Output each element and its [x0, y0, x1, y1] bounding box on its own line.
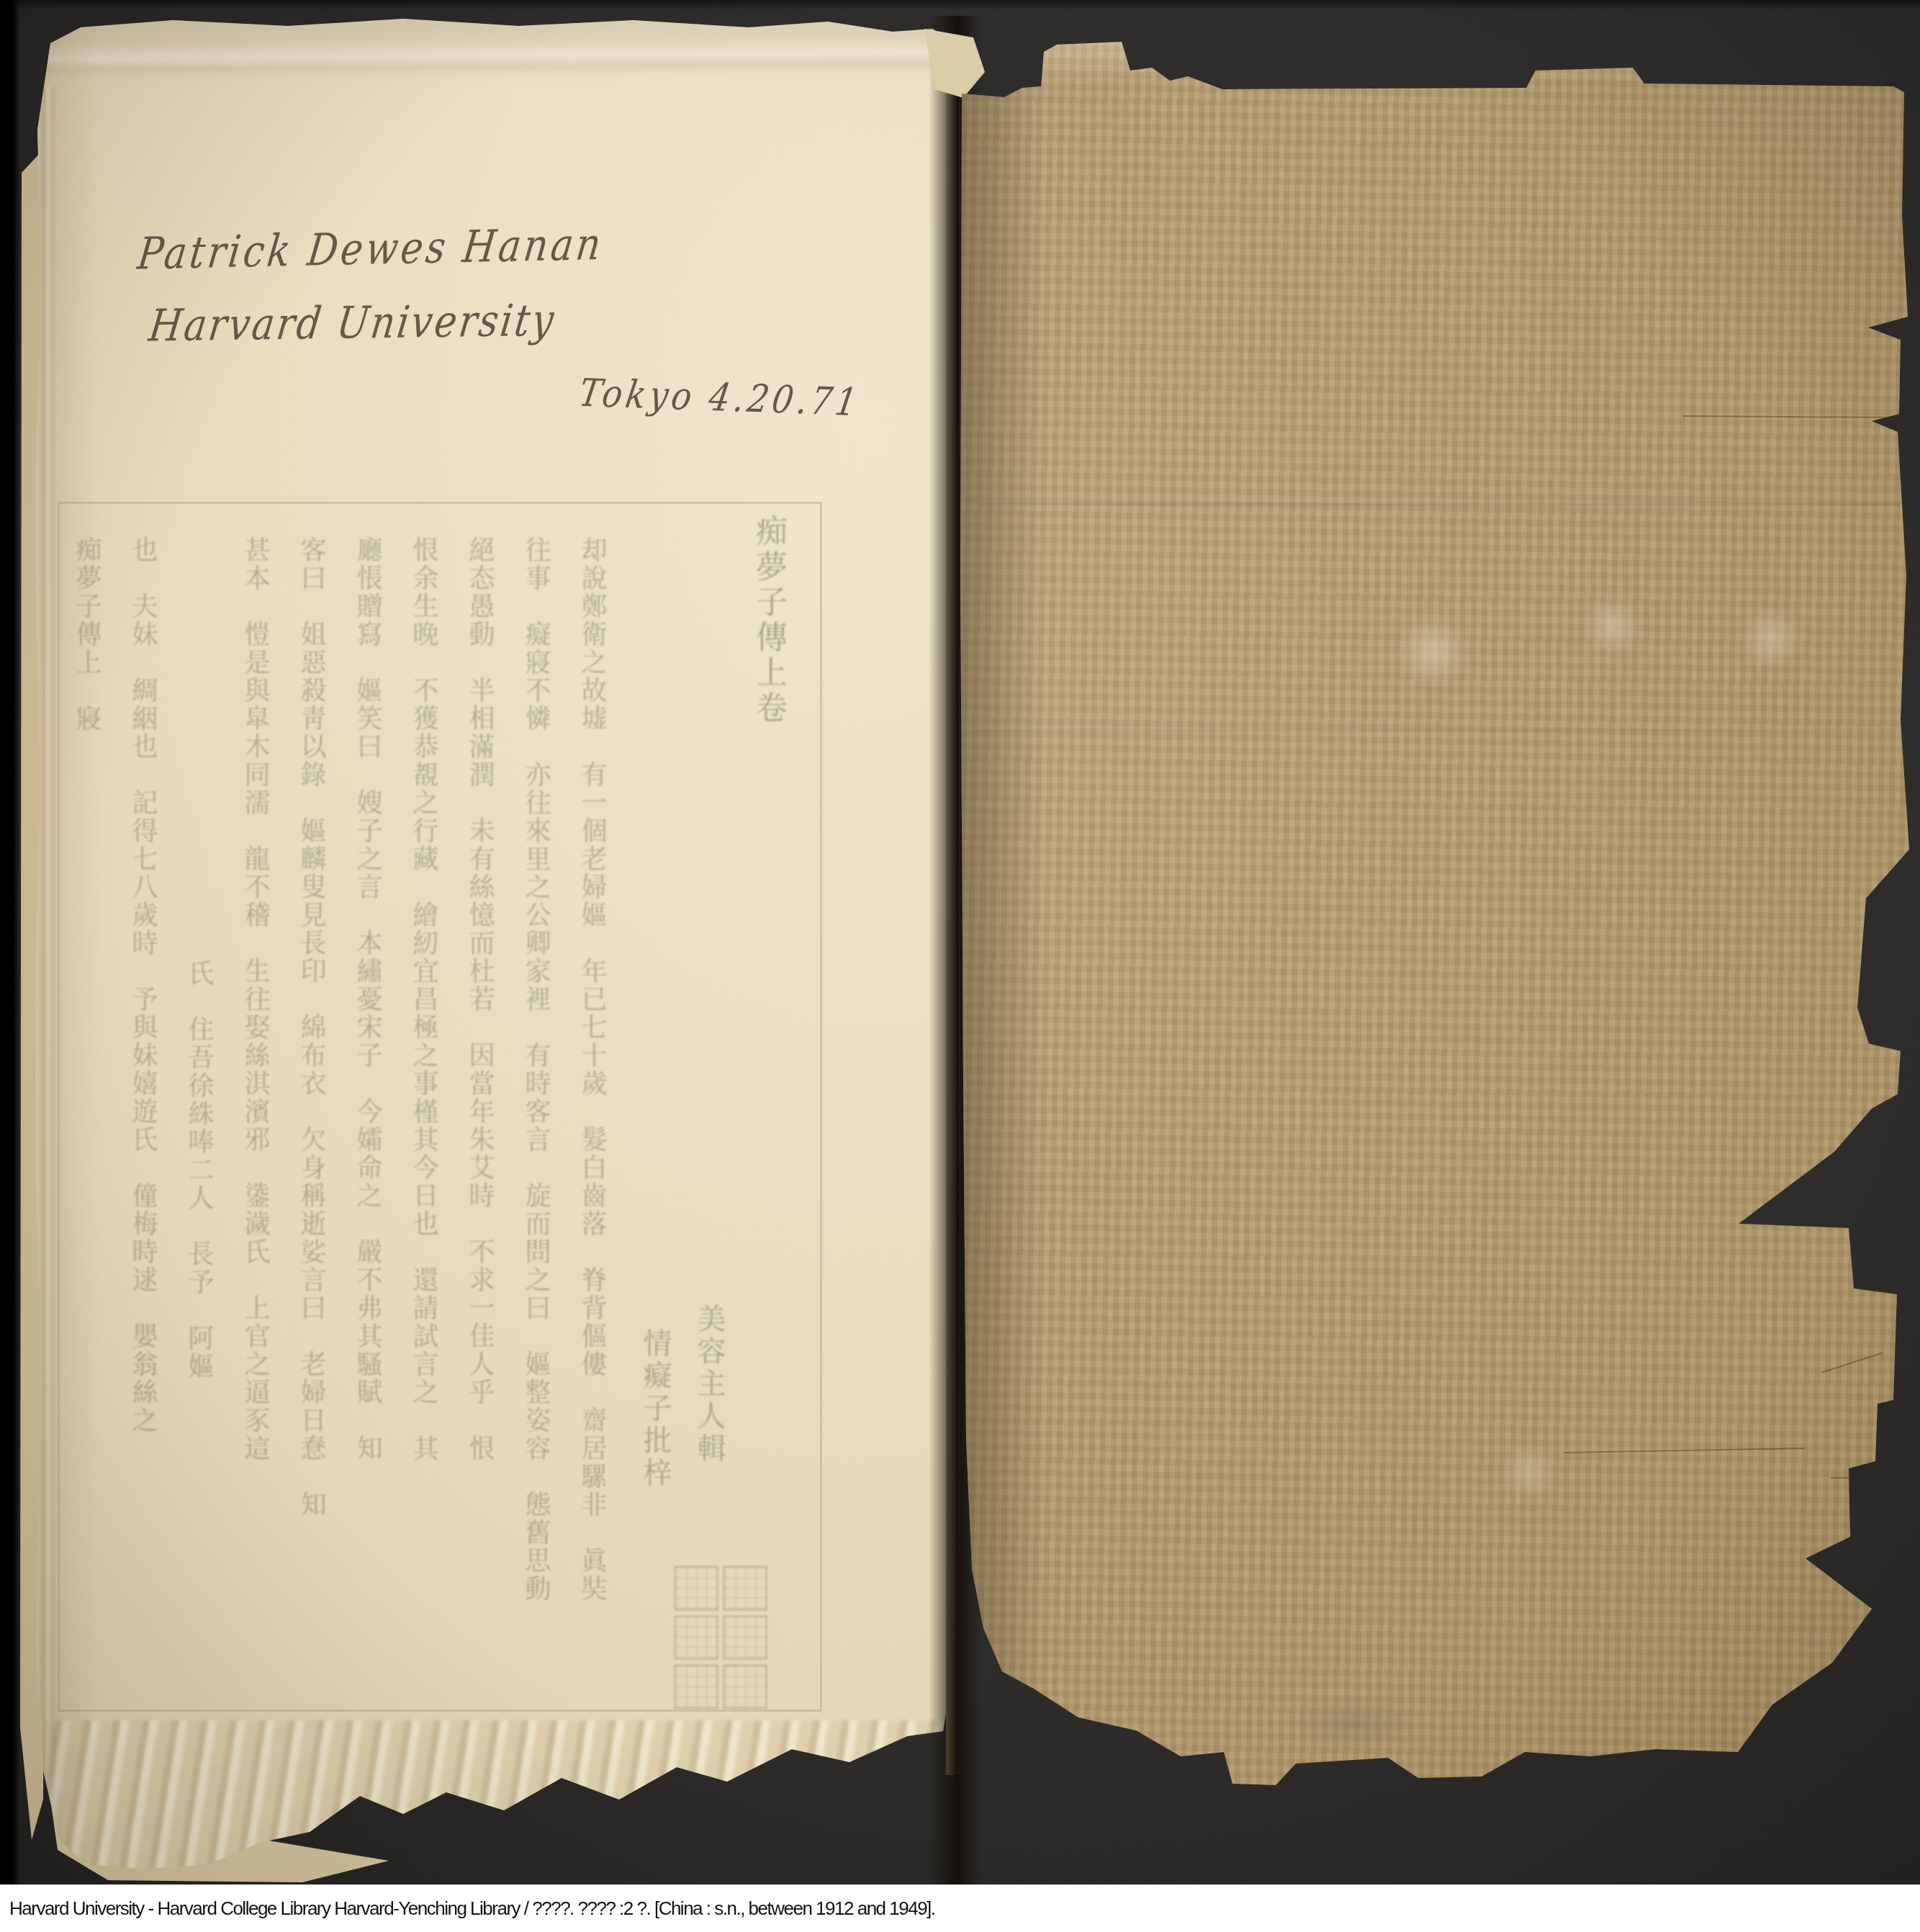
printed-text-frame: 痴夢子傳上卷 却說鄭衛之故墟 有一個老婦嫗 年已七十歲 髮白齒落 脊背傴僂 齋居…: [58, 502, 822, 1712]
printed-text-column: 也 夫妹 綢絪也 記得七八歲時 予與妹嬉遊氏 僮梅時逑 嬰翁絲之: [122, 536, 156, 1435]
printed-text-column: 廳悵贈寫 嫗笑曰 嫂子之言 本繡憂宋子 今孀命之 嚴不弗其騷賦 知: [347, 536, 380, 1463]
scan-top-shadow: [0, 0, 1920, 10]
scan-left-black-edge: [0, 0, 20, 1932]
handwritten-owner-name: Patrick Dewes Hanan: [135, 220, 607, 280]
faded-spot: [1393, 619, 1472, 684]
printed-text-column: 客曰 姐惡殺靑以錄 嫗麟叟見長印 綿布衣 欠身稱逝娑言曰 老婦日惷 知: [291, 536, 324, 1519]
right-page-crease: [979, 500, 1901, 505]
catalog-caption-text: Harvard University - Harvard College Lib…: [9, 1897, 935, 1920]
right-page-crease: [979, 727, 1901, 731]
printed-title-column: 痴夢子傳上卷: [751, 515, 784, 726]
paper-crack: [1831, 1477, 1911, 1479]
right-page-torn-top-edge: [957, 40, 1920, 83]
printed-text-column: 氏 住吾徐絑唪二人 長予 阿嫗: [179, 960, 212, 1381]
seal-cell: [674, 1566, 718, 1611]
printed-text-column: 恨余生晚 不獲恭覩之行藏 繪紉宜昌極之事槿其今日也 還請試言之 其: [403, 536, 436, 1463]
seal-cell: [723, 1566, 767, 1611]
printed-text-column: 却說鄭衛之故墟 有一個老婦嫗 年已七十歲 髮白齒落 脊背傴僂 齋居騾非 眞奘: [572, 536, 605, 1603]
printed-text-column: 甚本 愷是與皐木同濡 龍不稽 生往娶絲淇濱邪 鍌濊氏 上官之逼豕這: [235, 536, 268, 1463]
faded-spot: [1735, 608, 1807, 669]
smudge-mark: [1289, 1699, 1418, 1749]
printed-attribution-column: 美容主人輯: [690, 1304, 724, 1466]
printed-text-column: 往事 癡寢不憐 亦往來里之公卿家裡 有時客言 旋而問之曰 嫗整姿容 態舊思動: [515, 536, 549, 1603]
faded-spot: [1580, 597, 1645, 655]
right-page-paper-fibers: [957, 36, 1920, 1792]
seal-cell: [723, 1664, 767, 1710]
catalog-caption-bar: Harvard University - Harvard College Lib…: [0, 1884, 1920, 1932]
printed-attribution-column: 情癡子批梓: [636, 1328, 670, 1490]
seal-stamp: [674, 1566, 767, 1710]
printed-text-column: 痴夢子傳上 寢: [66, 536, 99, 733]
handwritten-institution: Harvard University: [146, 295, 559, 352]
seal-cell: [723, 1615, 767, 1661]
book-scan-viewer: 痴夢子傳上卷 却說鄭衛之故墟 有一個老婦嫗 年已七十歲 髮白齒落 脊背傴僂 齋居…: [0, 0, 1920, 1932]
seal-cell: [674, 1664, 718, 1710]
right-page-gutter-shading: [957, 36, 1044, 1792]
seal-cell: [674, 1615, 718, 1661]
faded-spot: [1497, 1447, 1562, 1497]
printed-text-column: 絕态愚動 半相滿潤 未有絲憶而杜若 因當年朱艾時 不求一佳人乎 恨: [459, 536, 492, 1463]
